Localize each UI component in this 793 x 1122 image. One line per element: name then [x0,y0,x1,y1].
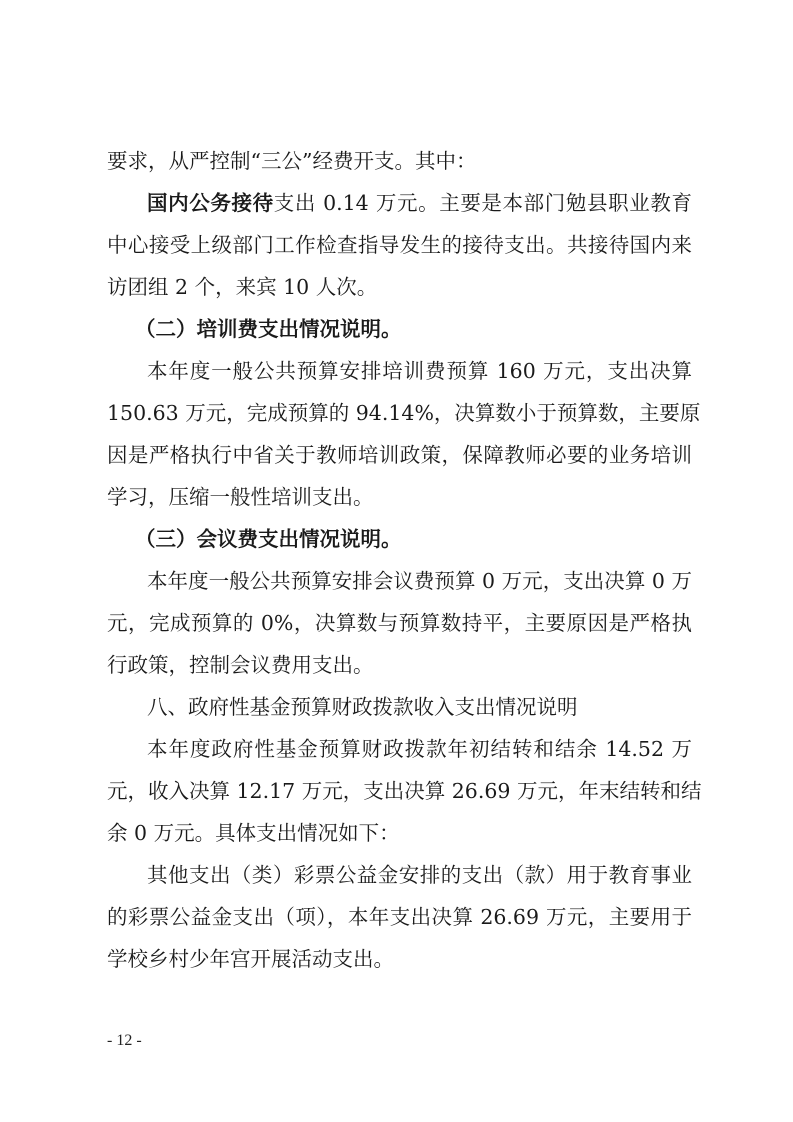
paragraph-line: 学习，压缩一般性培训支出。 [107,476,692,518]
paragraph-line: 150.63 万元，完成预算的 94.14%，决算数小于预算数，主要原 [107,392,692,434]
page-number: - 12 - [107,1032,142,1050]
paragraph-line: 学校乡村少年宫开展活动支出。 [107,938,692,980]
paragraph-line: 余 0 万元。具体支出情况如下： [107,812,692,854]
section-title: 八、政府性基金预算财政拨款收入支出情况说明 [107,686,692,728]
paragraph-line: 要求，从严控制“三公”经费开支。其中： [107,140,692,182]
paragraph-line: 访团组 2 个，来宾 10 人次。 [107,266,692,308]
paragraph-line: 本年度政府性基金预算财政拨款年初结转和结余 14.52 万 [107,728,692,770]
paragraph-line: 元，完成预算的 0%，决算数与预算数持平，主要原因是严格执 [107,602,692,644]
subsection-heading-meeting: （三）会议费支出情况说明。 [107,518,692,560]
subsection-heading-training: （二）培训费支出情况说明。 [107,308,692,350]
document-body: 要求，从严控制“三公”经费开支。其中： 国内公务接待支出 0.14 万元。主要是… [107,140,692,980]
bold-lead-term: 国内公务接待 [147,191,274,215]
paragraph-text: 支出 0.14 万元。主要是本部门勉县职业教育 [274,191,692,215]
paragraph-line: 其他支出（类）彩票公益金安排的支出（款）用于教育事业 [107,854,692,896]
paragraph-line: 因是严格执行中省关于教师培训政策，保障教师必要的业务培训 [107,434,692,476]
paragraph-line: 元，收入决算 12.17 万元，支出决算 26.69 万元，年末结转和结 [107,770,692,812]
paragraph-line: 的彩票公益金支出（项），本年支出决算 26.69 万元，主要用于 [107,896,692,938]
paragraph-line: 本年度一般公共预算安排会议费预算 0 万元，支出决算 0 万 [107,560,692,602]
paragraph-line: 国内公务接待支出 0.14 万元。主要是本部门勉县职业教育 [107,182,692,224]
paragraph-line: 中心接受上级部门工作检查指导发生的接待支出。共接待国内来 [107,224,692,266]
paragraph-line: 行政策，控制会议费用支出。 [107,644,692,686]
document-page: 要求，从严控制“三公”经费开支。其中： 国内公务接待支出 0.14 万元。主要是… [0,0,793,1122]
paragraph-line: 本年度一般公共预算安排培训费预算 160 万元，支出决算 [107,350,692,392]
